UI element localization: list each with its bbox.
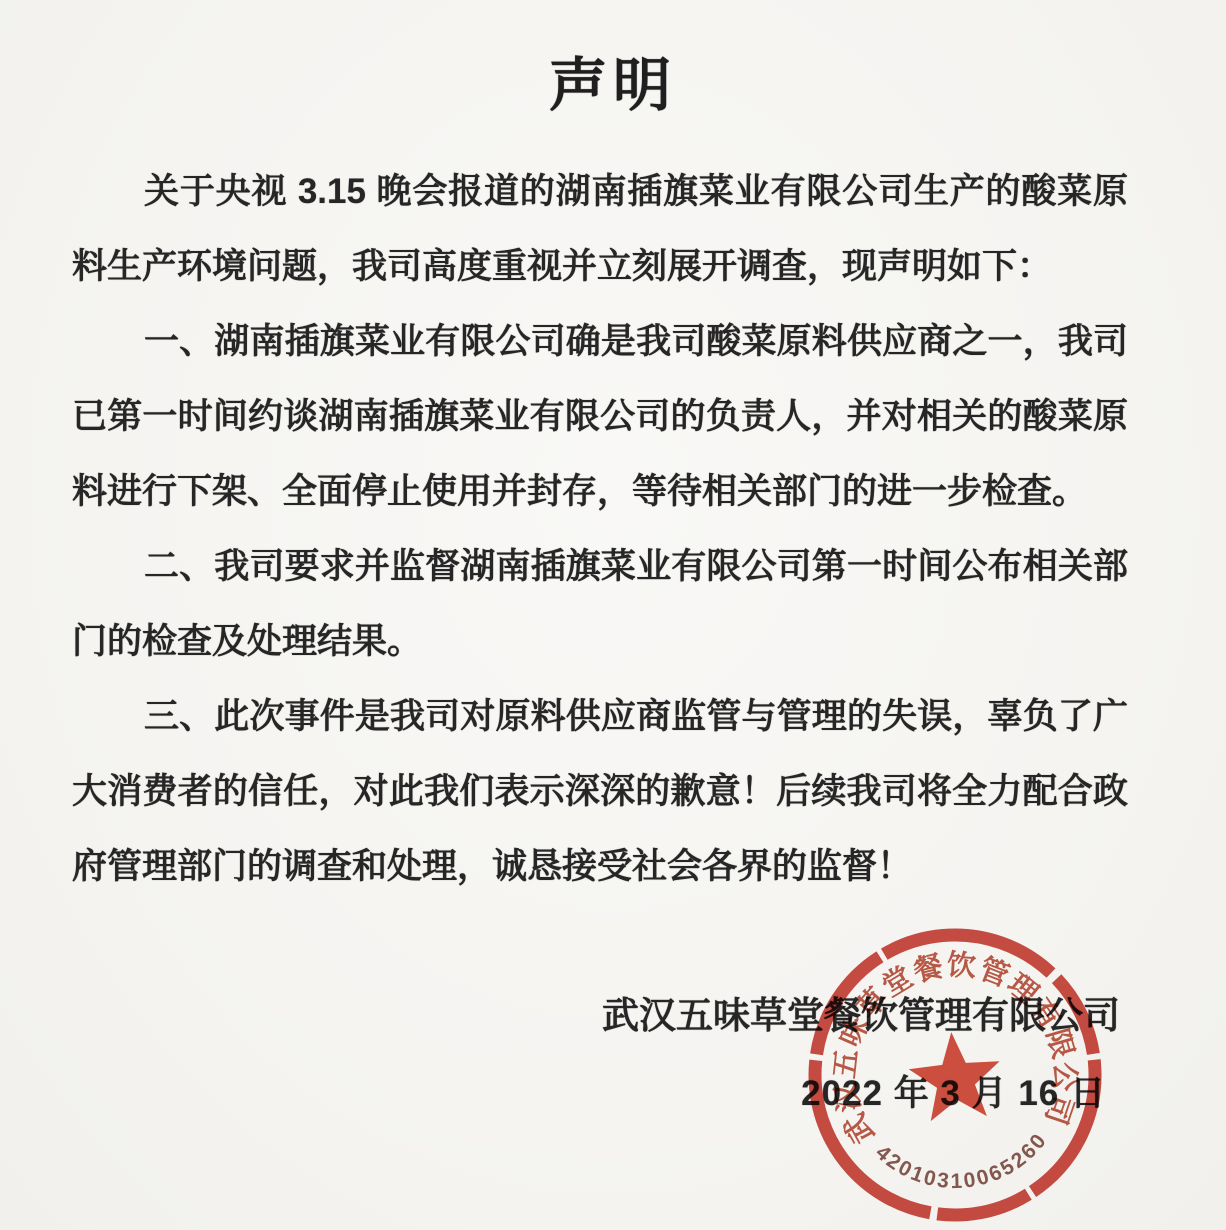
- body-line: 料进行下架、全面停止使用并封存，等待相关部门的进一步检查。: [72, 454, 1128, 529]
- body-line: 已第一时间约谈湖南插旗菜业有限公司的负责人，并对相关的酸菜原: [72, 379, 1128, 454]
- signature-block: 武汉五味草堂餐饮管理有限公司 2022 年 3 月 16 日: [0, 994, 1226, 1116]
- body-line: 一、湖南插旗菜业有限公司确是我司酸菜原料供应商之一，我司: [72, 304, 1128, 379]
- body-line: 料生产环境问题，我司高度重视并立刻展开调查，现声明如下：: [72, 229, 1128, 304]
- statement-body: 关于央视 3.15 晚会报道的湖南插旗菜业有限公司生产的酸菜原料生产环境问题，我…: [72, 154, 1128, 904]
- body-line: 大消费者的信任，对此我们表示深深的歉意！后续我司将全力配合政: [72, 754, 1128, 829]
- seal-number: 42010310065260: [870, 1127, 1056, 1201]
- body-line: 三、此次事件是我司对原料供应商监管与管理的失误，辜负了广: [72, 679, 1128, 754]
- body-line: 门的检查及处理结果。: [72, 604, 1128, 679]
- body-line: 关于央视 3.15 晚会报道的湖南插旗菜业有限公司生产的酸菜原: [72, 154, 1128, 229]
- document-title: 声明: [0, 0, 1226, 122]
- company-signature: 武汉五味草堂餐饮管理有限公司: [0, 994, 1120, 1038]
- statement-document: 声明 关于央视 3.15 晚会报道的湖南插旗菜业有限公司生产的酸菜原料生产环境问…: [0, 0, 1226, 1230]
- body-line: 府管理部门的调查和处理，诚恳接受社会各界的监督！: [72, 829, 1128, 904]
- body-line: 二、我司要求并监督湖南插旗菜业有限公司第一时间公布相关部: [72, 529, 1128, 604]
- statement-date: 2022 年 3 月 16 日: [0, 1072, 1120, 1116]
